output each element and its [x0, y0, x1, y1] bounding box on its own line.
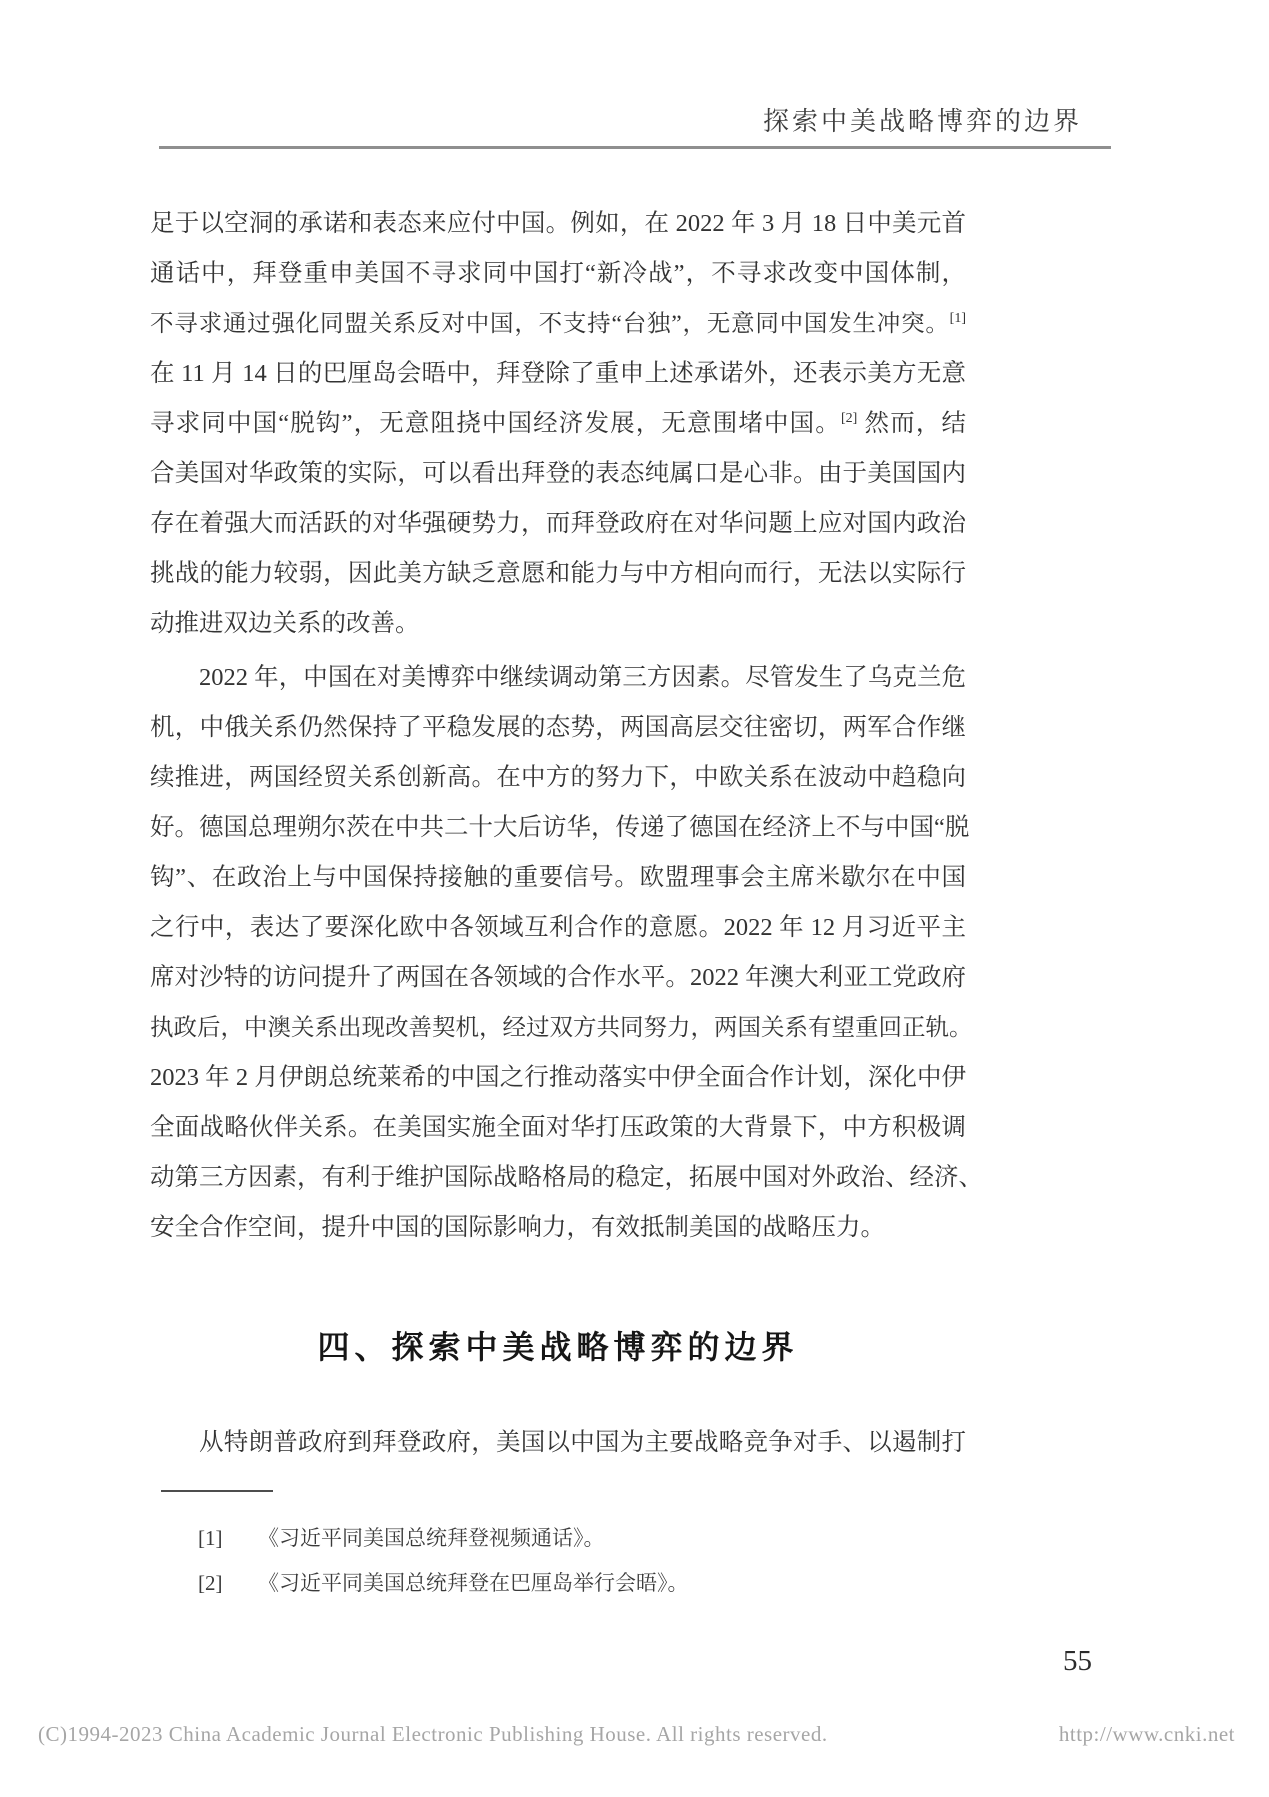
page-number: 55: [1063, 1645, 1092, 1678]
body-line: 足于以空洞的承诺和表态来应付中国。例如，在 2022 年 3 月 18 日中美元…: [150, 199, 966, 249]
running-head-title: 探索中美战略博弈的边界: [763, 101, 1082, 138]
body-line: 动推进双边关系的改善。: [150, 599, 966, 649]
footnote-number: [2]: [198, 1561, 232, 1606]
footnote-text: 《习近平同美国总统拜登视频通话》。: [258, 1526, 605, 1550]
copyright-text: (C)1994-2023 China Academic Journal Elec…: [38, 1722, 828, 1747]
footnote-text: 《习近平同美国总统拜登在巴厘岛举行会晤》。: [258, 1571, 689, 1595]
body-line: 钩”、在政治上与中国保持接触的重要信号。欧盟理事会主席米歇尔在中国: [150, 853, 966, 903]
body-line: 续推进，两国经贸关系创新高。在中方的努力下，中欧关系在波动中趋稳向: [150, 753, 966, 803]
paragraph-2: 2022 年，中国在对美博弈中继续调动第三方因素。尽管发生了乌克兰危 机，中俄关…: [150, 653, 966, 1253]
section-heading: 四、探索中美战略博弈的边界: [150, 1322, 966, 1368]
body-line-text: 寻求同中国“脱钩”，无意阻挠中国经济发展，无意围堵中国。: [150, 410, 841, 437]
footnote-ref-1: [1]: [950, 311, 966, 326]
footnote-number: [1]: [198, 1516, 232, 1561]
footnote-2: [2]《习近平同美国总统拜登在巴厘岛举行会晤》。: [150, 1561, 966, 1606]
body-line: 存在着强大而活跃的对华强硬势力，而拜登政府在对华问题上应对国内政治: [150, 499, 966, 549]
body-line: 合美国对华政策的实际，可以看出拜登的表态纯属口是心非。由于美国国内: [150, 449, 966, 499]
body-line-text: 然而，结: [857, 410, 966, 437]
header-rule: [159, 146, 1111, 149]
copyright-footer: (C)1994-2023 China Academic Journal Elec…: [38, 1722, 1235, 1747]
footnotes: [1]《习近平同美国总统拜登视频通话》。 [2]《习近平同美国总统拜登在巴厘岛举…: [150, 1516, 966, 1606]
body-line: 全面战略伙伴关系。在美国实施全面对华打压政策的大背景下，中方积极调: [150, 1103, 966, 1153]
footnote-ref-2: [2]: [841, 411, 857, 426]
body-line: 安全合作空间，提升中国的国际影响力，有效抵制美国的战略压力。: [150, 1203, 966, 1253]
footnote-separator-rule: [161, 1490, 273, 1492]
body-line: 席对沙特的访问提升了两国在各领域的合作水平。2022 年澳大利亚工党政府: [150, 953, 966, 1003]
journal-page: 探索中美战略博弈的边界 足于以空洞的承诺和表态来应付中国。例如，在 2022 年…: [0, 0, 1269, 1797]
body-line: 机，中俄关系仍然保持了平稳发展的态势，两国高层交往密切，两军合作继: [150, 703, 966, 753]
footnote-1: [1]《习近平同美国总统拜登视频通话》。: [150, 1516, 966, 1561]
body-text: 足于以空洞的承诺和表态来应付中国。例如，在 2022 年 3 月 18 日中美元…: [150, 199, 966, 1253]
body-line: 之行中，表达了要深化欧中各领域互利合作的意愿。2022 年 12 月习近平主: [150, 903, 966, 953]
body-line: 挑战的能力较弱，因此美方缺乏意愿和能力与中方相向而行，无法以实际行: [150, 549, 966, 599]
cnki-url: http://www.cnki.net: [1059, 1722, 1235, 1747]
paragraph-1: 足于以空洞的承诺和表态来应付中国。例如，在 2022 年 3 月 18 日中美元…: [150, 199, 966, 649]
paragraph-3: 从特朗普政府到拜登政府，美国以中国为主要战略竞争对手、以遏制打: [150, 1424, 966, 1462]
body-line: 好。德国总理朔尔茨在中共二十大后访华，传递了德国在经济上不与中国“脱: [150, 803, 966, 853]
body-line: 在 11 月 14 日的巴厘岛会晤中，拜登除了重申上述承诺外，还表示美方无意: [150, 349, 966, 399]
body-line: 2022 年，中国在对美博弈中继续调动第三方因素。尽管发生了乌克兰危: [150, 653, 966, 703]
body-line: 执政后，中澳关系出现改善契机，经过双方共同努力，两国关系有望重回正轨。: [150, 1003, 966, 1053]
body-line: 动第三方因素，有利于维护国际战略格局的稳定，拓展中国对外政治、经济、: [150, 1153, 966, 1203]
body-line: 不寻求通过强化同盟关系反对中国，不支持“台独”，无意同中国发生冲突。[1]: [150, 299, 966, 349]
body-line: 通话中，拜登重申美国不寻求同中国打“新冷战”，不寻求改变中国体制，: [150, 249, 966, 299]
body-line: 2023 年 2 月伊朗总统莱希的中国之行推动落实中伊全面合作计划，深化中伊: [150, 1053, 966, 1103]
body-line-text: 不寻求通过强化同盟关系反对中国，不支持“台独”，无意同中国发生冲突。: [150, 311, 950, 337]
body-line: 寻求同中国“脱钩”，无意阻挠中国经济发展，无意围堵中国。[2] 然而，结: [150, 399, 966, 449]
